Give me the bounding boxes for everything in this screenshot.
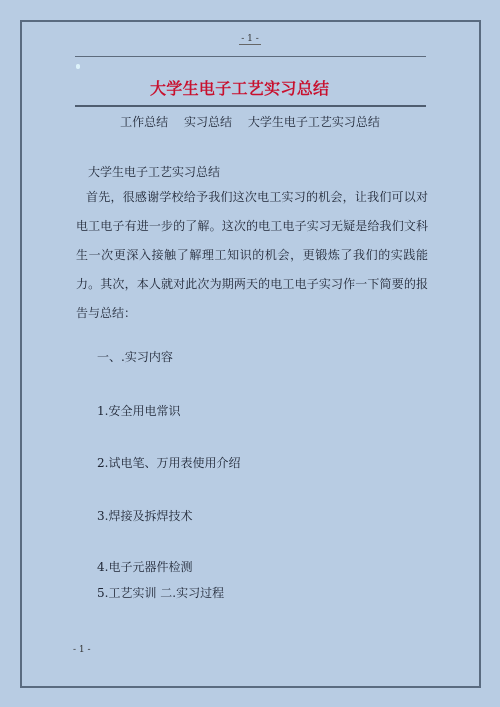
- section-heading: 一、.实习内容: [97, 348, 173, 365]
- header-rule: [75, 56, 426, 57]
- list-item: 5.工艺实训 二.实习过程: [97, 584, 224, 601]
- title-rule: [75, 105, 426, 107]
- tag: 工作总结: [120, 115, 168, 129]
- intro-paragraph: 首先，很感谢学校给予我们这次电工实习的机会，让我们可以对电工电子有进一步的了解。…: [76, 183, 428, 328]
- list-item: 3.焊接及拆焊技术: [97, 507, 192, 524]
- document-title: 大学生电子工艺实习总结: [150, 76, 329, 99]
- list-item: 1.安全用电常识: [97, 402, 180, 419]
- tag: 实习总结: [184, 115, 232, 129]
- cursor-marker: [76, 64, 80, 69]
- content-subtitle: 大学生电子工艺实习总结: [88, 163, 440, 180]
- header-page-number: - 1 -: [0, 34, 500, 44]
- tag: 大学生电子工艺实习总结: [248, 115, 380, 129]
- list-item: 4.电子元器件检测: [97, 558, 192, 575]
- list-item: 2.试电笔、万用表使用介绍: [97, 454, 240, 471]
- tag-line: 工作总结 实习总结 大学生电子工艺实习总结: [0, 113, 500, 130]
- footer-page-number: - 1 -: [73, 645, 91, 655]
